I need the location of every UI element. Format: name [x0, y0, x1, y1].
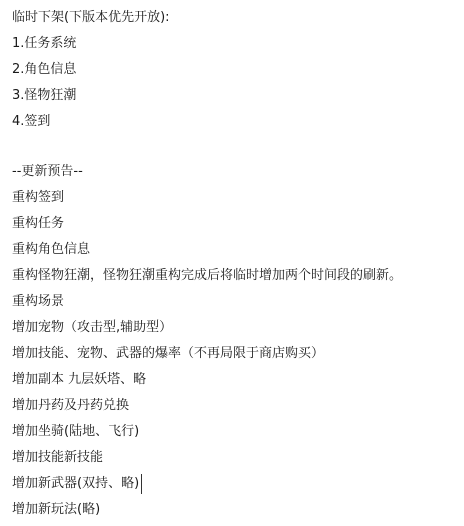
- preview-item: 重构角色信息: [12, 237, 464, 263]
- text-cursor: [141, 474, 142, 494]
- preview-heading: --更新预告--: [12, 159, 464, 185]
- preview-item: 增加技能新技能: [12, 445, 464, 471]
- removed-item: 3.怪物狂潮: [12, 83, 464, 109]
- preview-item-text: 增加新武器(双持、略): [12, 476, 139, 491]
- preview-item: 增加副本 九层妖塔、略: [12, 367, 464, 393]
- preview-item: 增加坐骑(陆地、飞行): [12, 419, 464, 445]
- text-document[interactable]: 临时下架(下版本优先开放): 1.任务系统 2.角色信息 3.怪物狂潮 4.签到…: [12, 5, 464, 523]
- preview-item: 重构签到: [12, 185, 464, 211]
- removed-item: 2.角色信息: [12, 57, 464, 83]
- removed-item: 4.签到: [12, 109, 464, 135]
- preview-item: 增加丹药及丹药兑换: [12, 393, 464, 419]
- preview-item: 重构怪物狂潮，怪物狂潮重构完成后将临时增加两个时间段的刷新。: [12, 263, 464, 289]
- preview-item: 重构场景: [12, 289, 464, 315]
- blank-line: [12, 135, 464, 159]
- preview-item: 增加新玩法(略): [12, 497, 464, 523]
- preview-item: 增加技能、宠物、武器的爆率（不再局限于商店购买）: [12, 341, 464, 367]
- preview-item-with-caret: 增加新武器(双持、略): [12, 471, 464, 497]
- preview-item: 增加宠物（攻击型,辅助型）: [12, 315, 464, 341]
- preview-item: 重构任务: [12, 211, 464, 237]
- removed-item: 1.任务系统: [12, 31, 464, 57]
- removed-heading: 临时下架(下版本优先开放):: [12, 5, 464, 31]
